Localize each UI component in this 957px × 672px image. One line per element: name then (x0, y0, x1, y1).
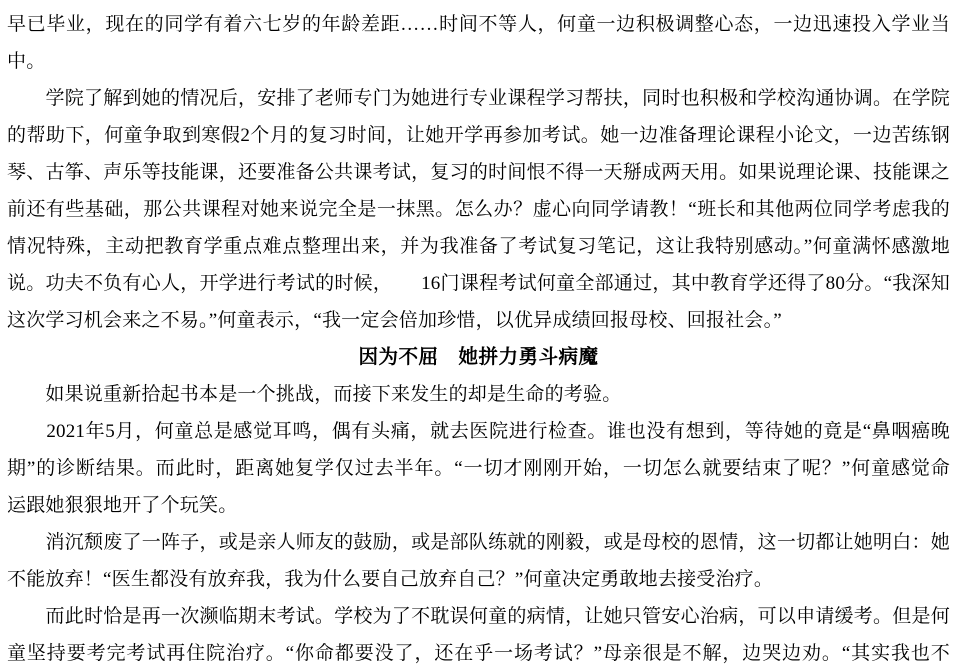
text-line: 不能放弃！“医生都没有放弃我，我为什么要自己放弃自己？”何童决定勇敢地去接受治疗… (7, 561, 950, 598)
text-line: 童坚持要考完考试再住院治疗。“你命都要没了，还在乎一场考试？”母亲很是不解，边哭… (7, 635, 950, 672)
text-line: 运跟她狠狠地开了个玩笑。 (7, 487, 950, 524)
section-heading: 因为不屈 她拼力勇斗病魔 (7, 339, 950, 376)
text-line: 如果说重新拾起书本是一个挑战，而接下来发生的却是生命的考验。 (7, 376, 950, 413)
text-line: 期”的诊断结果。而此时，距离她复学仅过去半年。“一切才刚刚开始，一切怎么就要结束… (7, 450, 950, 487)
text-line: 情况特殊，主动把教育学重点难点整理出来，并为我准备了考试复习笔记，这让我特别感动… (7, 228, 950, 265)
text-line: 2021年5月，何童总是感觉耳鸣，偶有头痛，就去医院进行检查。谁也没有想到，等待… (7, 413, 950, 450)
document-body: 早已毕业，现在的同学有着六七岁的年龄差距……时间不等人，何童一边积极调整心态，一… (7, 6, 950, 672)
text-line: 的帮助下，何童争取到寒假2个月的复习时间，让她开学再参加考试。她一边准备理论课程… (7, 117, 950, 154)
text-line: 消沉颓废了一阵子，或是亲人师友的鼓励，或是部队练就的刚毅，或是母校的恩情，这一切… (7, 524, 950, 561)
text-line: 中。 (7, 43, 950, 80)
text-line: 学院了解到她的情况后，安排了老师专门为她进行专业课程学习帮扶，同时也积极和学校沟… (7, 80, 950, 117)
document-page: 早已毕业，现在的同学有着六七岁的年龄差距……时间不等人，何童一边积极调整心态，一… (0, 0, 957, 672)
text-line: 而此时恰是再一次濒临期末考试。学校为了不耽误何童的病情，让她只管安心治病，可以申… (7, 598, 950, 635)
text-line: 这次学习机会来之不易。”何童表示，“我一定会倍加珍惜，以优异成绩回报母校、回报社… (7, 302, 950, 339)
text-line: 说。功夫不负有心人，开学进行考试的时候， 16门课程考试何童全部通过，其中教育学… (7, 265, 950, 302)
text-line: 前还有些基础，那公共课程对她来说完全是一抹黑。怎么办？虚心向同学请教！“班长和其… (7, 191, 950, 228)
text-line: 早已毕业，现在的同学有着六七岁的年龄差距……时间不等人，何童一边积极调整心态，一… (7, 6, 950, 43)
text-line: 琴、古筝、声乐等技能课，还要准备公共课考试，复习的时间恨不得一天掰成两天用。如果… (7, 154, 950, 191)
